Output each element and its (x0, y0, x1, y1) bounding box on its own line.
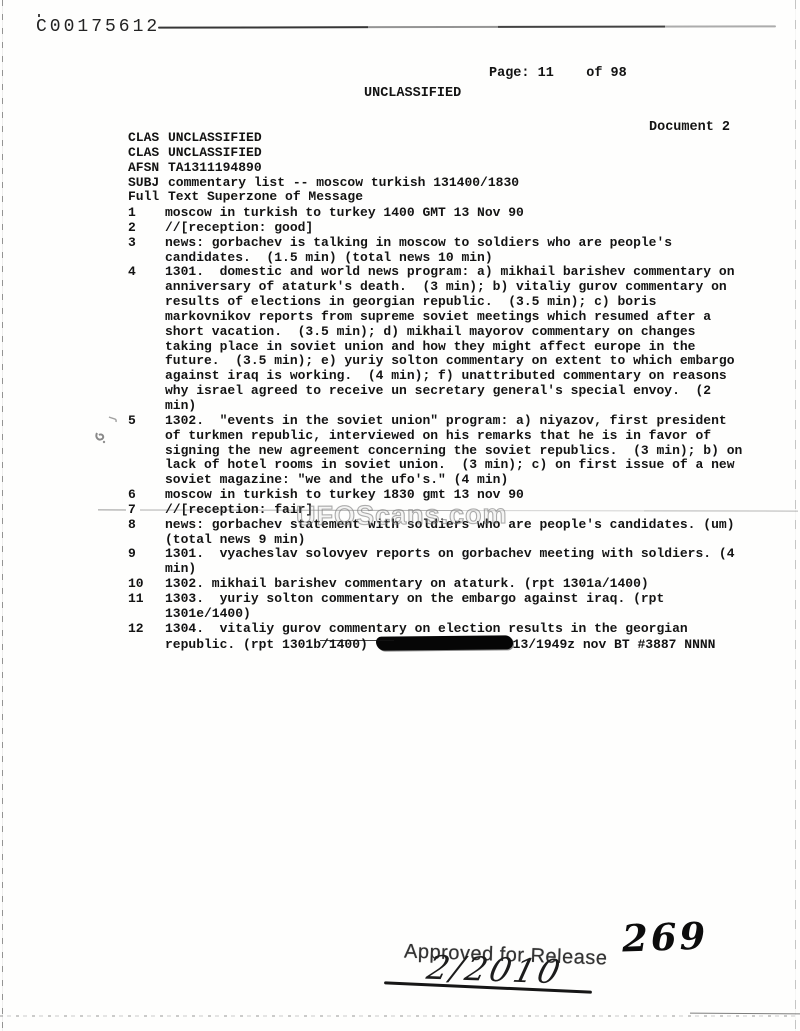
item-line: min) (165, 399, 735, 414)
item-line: 1302. mikhail barishev commentary on ata… (165, 577, 649, 592)
list-item: 2//[reception: good] (128, 221, 742, 236)
pencil-mark-icon (93, 415, 119, 449)
item-number: 8 (128, 518, 165, 548)
item-text: 1301. vyacheslav solovyev reports on gor… (165, 547, 735, 577)
list-item: 3news: gorbachev is talking in moscow to… (128, 236, 742, 266)
item-line: min) (165, 562, 735, 577)
doc-number: C00175612 (36, 17, 160, 37)
item-line: signing the new agreement concerning the… (165, 444, 742, 459)
scan-edge-artifact-right (795, 0, 796, 1031)
stray-underline-mark (320, 640, 394, 641)
list-item: 91301. vyacheslav solovyev reports on go… (128, 547, 742, 577)
item-number: 4 (128, 265, 165, 413)
item-line-text: 13/1949z nov BT #3887 NNNN (513, 637, 716, 652)
redaction-bar (376, 636, 513, 651)
item-line: 1303. yuriy solton commentary on the emb… (165, 592, 664, 607)
item-text: 1303. yuriy solton commentary on the emb… (165, 592, 664, 622)
header-field-value: UNCLASSIFIED (168, 146, 262, 161)
item-line: of turkmen republic, interviewed on his … (165, 429, 742, 444)
item-text: news: gorbachev is talking in moscow to … (165, 236, 672, 266)
item-text: 1304. vitaliy gurov commentary on electi… (165, 622, 715, 654)
item-line: short vacation. (3.5 min); d) mikhail ma… (165, 325, 735, 340)
header-field-label: AFSN (128, 161, 168, 176)
list-item: 51302. "events in the soviet union" prog… (128, 414, 742, 488)
list-item: 1moscow in turkish to turkey 1400 GMT 13… (128, 206, 742, 221)
item-number: 6 (128, 488, 165, 503)
classification-header: UNCLASSIFIED (364, 86, 461, 101)
item-number: 2 (128, 221, 165, 236)
header-field-row: CLASUNCLASSIFIED (128, 131, 519, 146)
item-line: 1301e/1400) (165, 607, 664, 622)
page-counter: Page: 11 of 98 (489, 66, 627, 81)
list-item: 101302. mikhail barishev commentary on a… (128, 577, 742, 592)
item-text: 1302. mikhail barishev commentary on ata… (165, 577, 649, 592)
scan-edge-artifact-bottom (0, 1015, 800, 1017)
header-field-label: SUBJ (128, 176, 168, 191)
item-line: future. (3.5 min); e) yuriy solton comme… (165, 354, 735, 369)
header-field-row: FullText Superzone of Message (128, 190, 519, 205)
item-line: moscow in turkish to turkey 1400 GMT 13 … (165, 206, 524, 221)
list-item: 111303. yuriy solton commentary on the e… (128, 592, 742, 622)
header-field-label: CLAS (128, 131, 168, 146)
scanned-document-page: C00175612 Page: 11 of 98 UNCLASSIFIED Do… (0, 0, 800, 1031)
item-number: 12 (128, 622, 165, 654)
item-text: moscow in turkish to turkey 1400 GMT 13 … (165, 206, 524, 221)
watermark-text: UFOScans.com (296, 499, 508, 532)
item-line: taking place in soviet union and how the… (165, 340, 735, 355)
scan-edge-artifact-left (2, 0, 3, 1031)
header-field-value: TA1311194890 (168, 161, 262, 176)
item-line: markovnikov reports from supreme soviet … (165, 310, 735, 325)
item-line: why israel agreed to receive un secretar… (165, 384, 735, 399)
item-number: 10 (128, 577, 165, 592)
item-line: republic. (rpt 1301b/1400) 13/1949z nov … (165, 636, 715, 653)
item-number: 1 (128, 206, 165, 221)
header-field-value: Text Superzone of Message (168, 190, 363, 205)
item-line: results of elections in georgian republi… (165, 295, 735, 310)
item-line: 1302. "events in the soviet union" progr… (165, 414, 742, 429)
scan-line-top (158, 25, 776, 28)
header-field-value: commentary list -- moscow turkish 131400… (168, 176, 519, 191)
item-line: (total news 9 min) (165, 533, 735, 548)
message-item-list: 1moscow in turkish to turkey 1400 GMT 13… (128, 206, 742, 653)
item-line: lack of hotel rooms in soviet union. (3 … (165, 458, 742, 473)
document-label: Document 2 (649, 120, 730, 135)
item-text: //[reception: good] (165, 221, 313, 236)
header-field-row: CLASUNCLASSIFIED (128, 146, 519, 161)
item-text: 1301. domestic and world news program: a… (165, 265, 735, 413)
item-text: 1302. "events in the soviet union" progr… (165, 414, 742, 488)
message-header-fields: CLASUNCLASSIFIEDCLASUNCLASSIFIEDAFSNTA13… (128, 131, 519, 205)
handwritten-page-number: 269 (621, 914, 709, 961)
item-number: 5 (128, 414, 165, 488)
item-line: against iraq is working. (4 min); f) una… (165, 369, 735, 384)
item-line: 1304. vitaliy gurov commentary on electi… (165, 622, 715, 637)
item-number: 11 (128, 592, 165, 622)
list-item: 121304. vitaliy gurov commentary on elec… (128, 622, 742, 654)
item-line: candidates. (1.5 min) (total news 10 min… (165, 251, 672, 266)
header-field-label: CLAS (128, 146, 168, 161)
list-item: 41301. domestic and world news program: … (128, 265, 742, 413)
item-number: 3 (128, 236, 165, 266)
item-line: 1301. domestic and world news program: a… (165, 265, 735, 280)
item-line: soviet magazine: "we and the ufo's." (4 … (165, 473, 742, 488)
item-line: //[reception: good] (165, 221, 313, 236)
item-number: 9 (128, 547, 165, 577)
item-line: 1301. vyacheslav solovyev reports on gor… (165, 547, 735, 562)
header-field-row: AFSNTA1311194890 (128, 161, 519, 176)
item-line: news: gorbachev is talking in moscow to … (165, 236, 672, 251)
header-field-label: Full (128, 190, 168, 205)
header-field-row: SUBJcommentary list -- moscow turkish 13… (128, 176, 519, 191)
item-line: anniversary of ataturk's death. (3 min);… (165, 280, 735, 295)
header-field-value: UNCLASSIFIED (168, 131, 262, 146)
